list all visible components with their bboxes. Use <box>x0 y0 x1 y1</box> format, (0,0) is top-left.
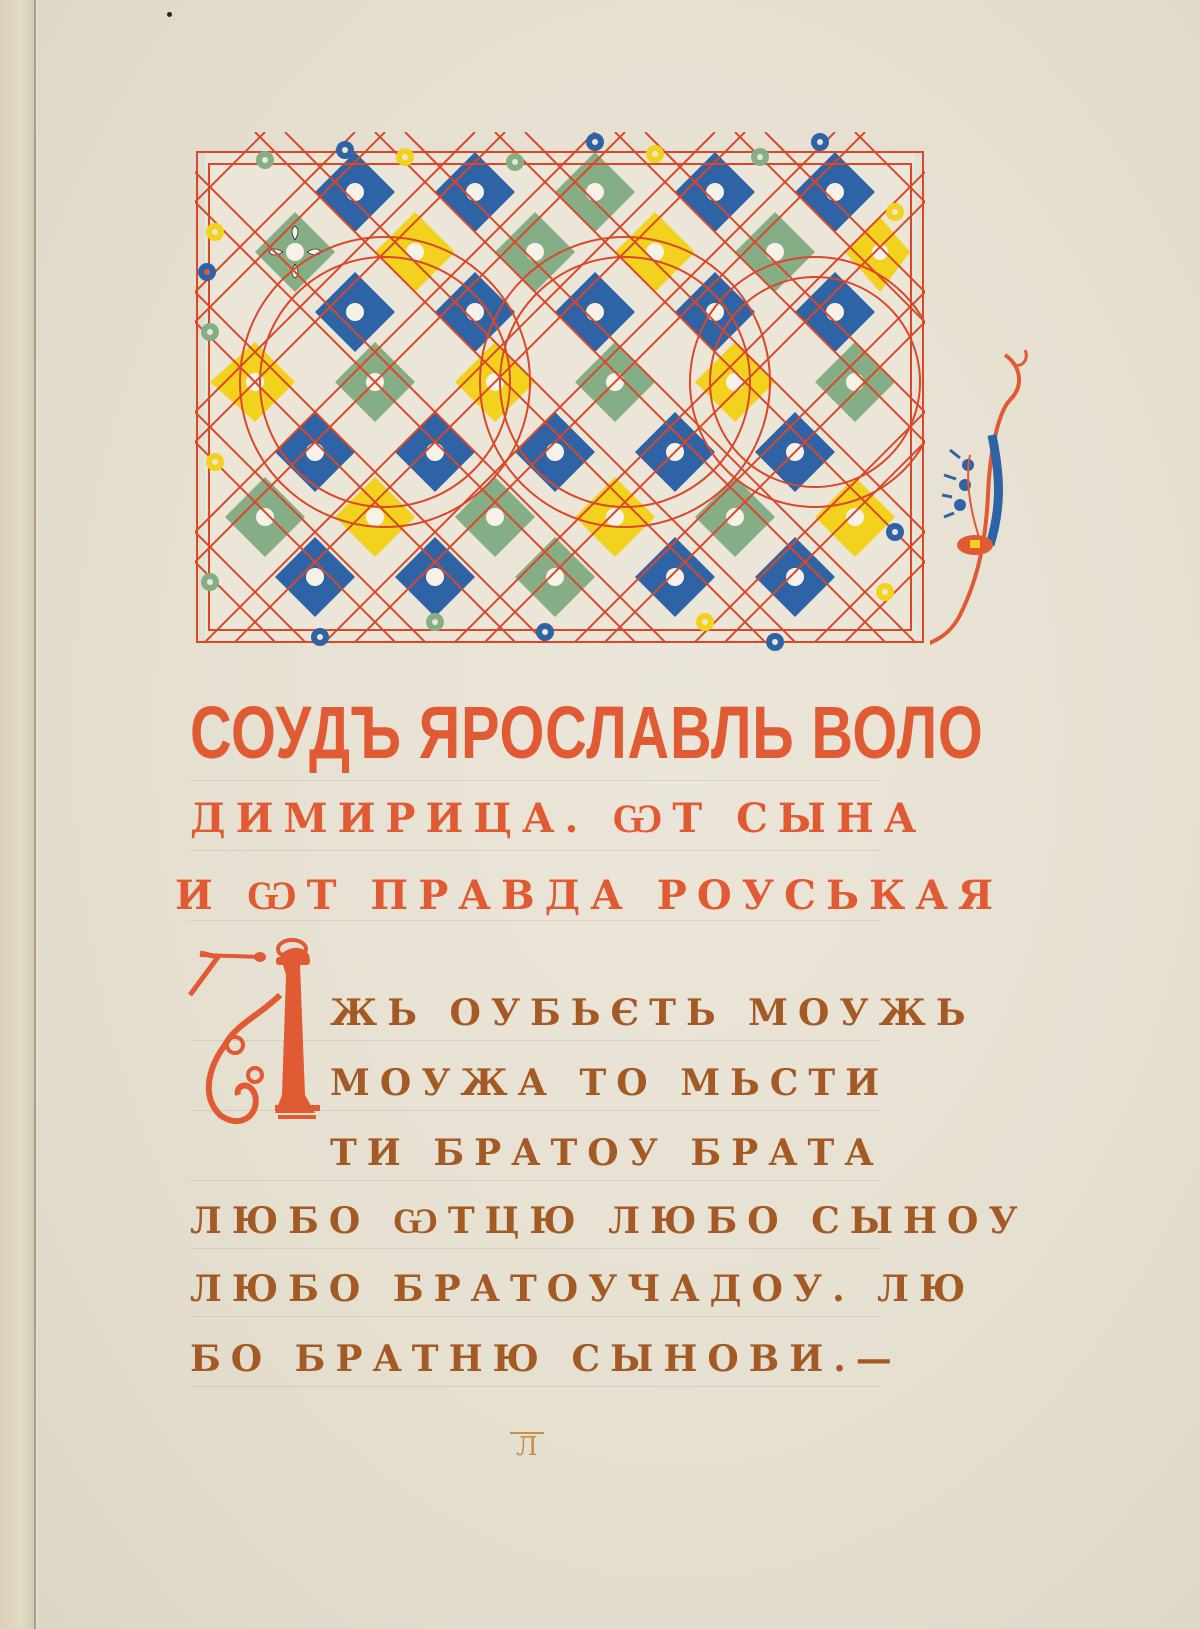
ruling-line <box>190 850 880 851</box>
body-line-5: ЛЮБО БРАТОУЧАДОУ. ЛЮ <box>190 1268 975 1310</box>
ruling-line <box>190 1248 880 1249</box>
body-line-1: ЖЬ ОУБЬЄТЬ МОУЖЬ <box>330 992 976 1034</box>
ink-spot <box>167 12 172 17</box>
body-line-2: МОУЖА ТО МЬСТИ <box>330 1062 889 1104</box>
title-vyaz: СОУДЪ ЯРОСЛАВЛЬ ВОЛО <box>190 690 984 775</box>
ruling-line <box>190 780 880 781</box>
body-line-6: БО БРАТНЮ СЫНОВИ.— <box>190 1338 902 1380</box>
rubric-line-1: ДИМИРИЦА. ѠТ СЫНА <box>190 795 926 842</box>
rubric-line-2: И ѠТ ПРАВДА РОУСЬКАЯ <box>175 872 1003 919</box>
interlace-headpiece <box>195 132 925 662</box>
book-gutter <box>0 0 36 1629</box>
ruling-line <box>190 1386 880 1387</box>
floral-tendril-icon <box>930 345 1040 665</box>
headpiece-knotwork-icon <box>195 132 925 662</box>
ruling-line <box>190 1316 880 1317</box>
folio-number: Л <box>510 1432 544 1460</box>
body-line-4: ЛЮБО ѠТЦЮ ЛЮБО СЫНОУ <box>190 1200 1028 1242</box>
body-line-3: ТИ БРАТОУ БРАТА <box>330 1132 884 1174</box>
gutter-fold-line <box>34 0 36 1629</box>
ruling-line <box>190 1180 880 1181</box>
ruling-line <box>190 920 880 921</box>
headpiece-flourish <box>930 345 1040 665</box>
decorated-initial <box>180 935 330 1135</box>
initial-letter-a-icon <box>180 935 330 1135</box>
